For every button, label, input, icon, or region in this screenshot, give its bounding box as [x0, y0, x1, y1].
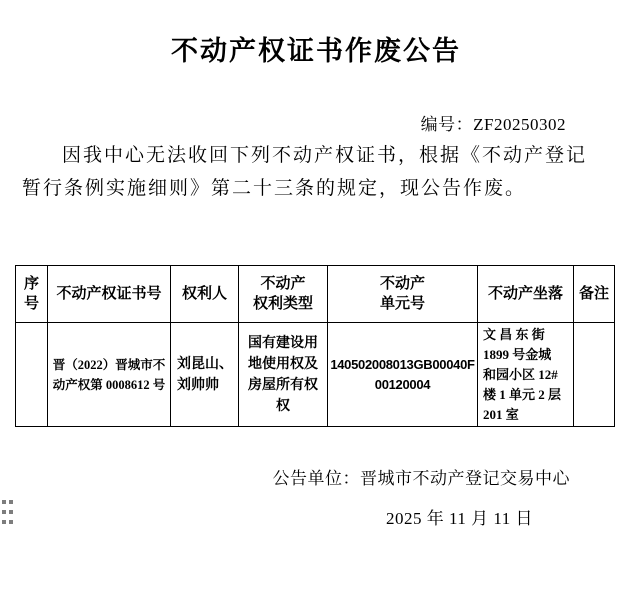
issuer-line: 公告单位：晋城市不动产登记交易中心 — [273, 464, 571, 489]
grip-dot — [2, 520, 6, 524]
cell-location: 文 昌 东 街 1899 号金城 和园小区 12# 楼 1 单元 2 层 201… — [478, 323, 574, 427]
table-row: 晋（2022）晋城市不 动产权第 0008612 号 刘昆山、 刘帅帅 国有建设… — [16, 323, 615, 427]
cell-remark — [574, 323, 615, 427]
date-line: 2025 年 11 月 11 日 — [386, 504, 533, 529]
grip-dot — [2, 510, 6, 514]
cell-unit-no: 140502008013GB00040F 00120004 — [328, 323, 478, 427]
col-header-holder: 权利人 — [171, 266, 239, 323]
cell-right-type: 国有建设用 地使用权及 房屋所有权 权 — [239, 323, 328, 427]
grip-dot — [9, 510, 13, 514]
table-header-row: 序 号 不动产权证书号 权利人 不动产 权利类型 不动产 单元号 不动产坐落 备… — [16, 266, 615, 323]
col-header-remark: 备注 — [574, 266, 615, 323]
grip-dot — [9, 520, 13, 524]
col-header-unit-no: 不动产 单元号 — [328, 266, 478, 323]
col-header-right-type: 不动产 权利类型 — [239, 266, 328, 323]
cell-cert-no: 晋（2022）晋城市不 动产权第 0008612 号 — [48, 323, 171, 427]
cell-holder: 刘昆山、 刘帅帅 — [171, 323, 239, 427]
page-title: 不动产权证书作废公告 — [0, 29, 632, 68]
drag-handle-icon[interactable] — [2, 500, 13, 524]
certificates-table: 序 号 不动产权证书号 权利人 不动产 权利类型 不动产 单元号 不动产坐落 备… — [15, 265, 615, 427]
notice-document: 不动产权证书作废公告 编号：ZF20250302 因我中心无法收回下列不动产权证… — [0, 0, 632, 599]
grip-dot — [2, 500, 6, 504]
col-header-location: 不动产坐落 — [478, 266, 574, 323]
grip-dot — [9, 500, 13, 504]
doc-number: 编号：ZF20250302 — [421, 110, 566, 135]
body-paragraph: 因我中心无法收回下列不动产权证书，根据《不动产登记 暂行条例实施细则》第二十三条… — [22, 139, 614, 205]
col-header-seq: 序 号 — [16, 266, 48, 323]
cell-seq — [16, 323, 48, 427]
col-header-cert-no: 不动产权证书号 — [48, 266, 171, 323]
